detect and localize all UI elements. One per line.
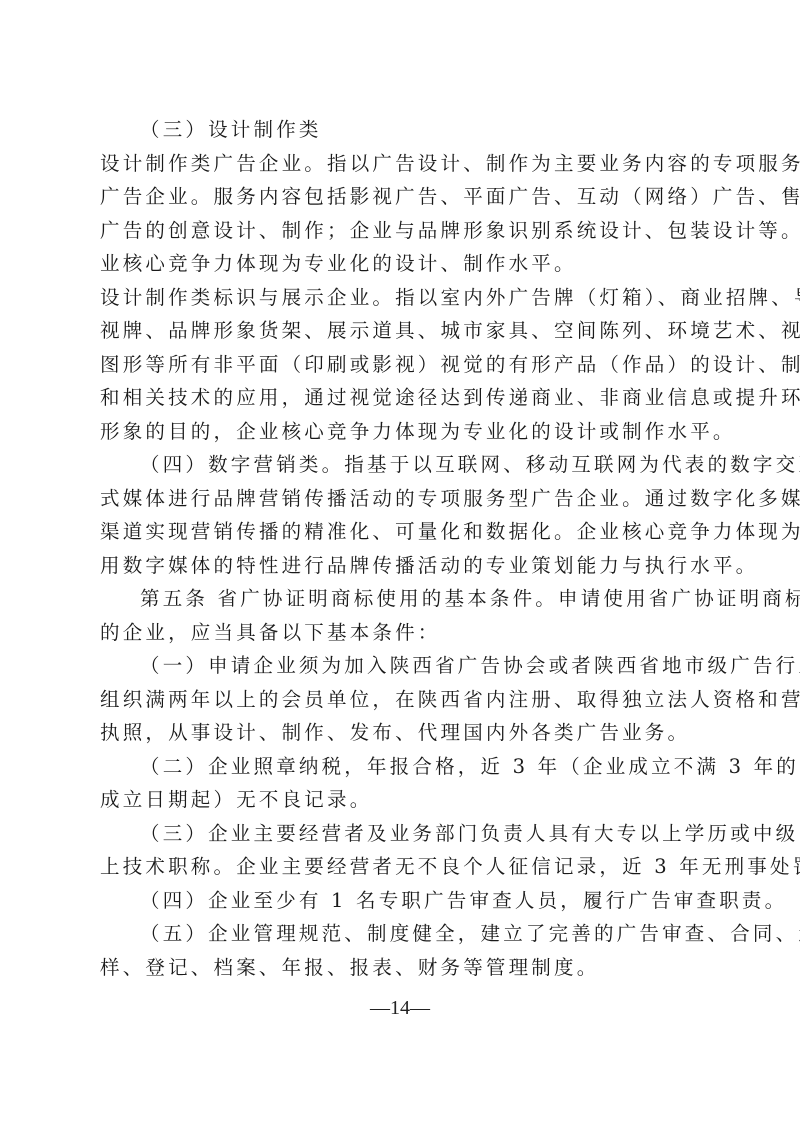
paragraph-line: 成立日期起）无不良记录。 xyxy=(100,783,700,817)
condition-item-3: （三）企业主要经营者及业务部门负责人具有大专以上学历或中级以 xyxy=(100,817,700,851)
paragraph-line: 形象的目的，企业核心竞争力体现为专业化的设计或制作水平。 xyxy=(100,415,700,449)
paragraph-line: 视牌、品牌形象货架、展示道具、城市家具、空间陈列、环境艺术、视觉 xyxy=(100,314,700,348)
condition-item-5: （五）企业管理规范、制度健全，建立了完善的广告审查、合同、送 xyxy=(100,917,700,951)
page-number: —14— xyxy=(0,997,800,1020)
section-heading-design: （三）设计制作类 xyxy=(100,113,700,147)
paragraph-line: 广告企业。服务内容包括影视广告、平面广告、互动（网络）广告、售点 xyxy=(100,180,700,214)
paragraph-line: 式媒体进行品牌营销传播活动的专项服务型广告企业。通过数字化多媒体 xyxy=(100,482,700,516)
paragraph-line: 设计制作类标识与展示企业。指以室内外广告牌（灯箱）、商业招牌、导 xyxy=(100,281,700,315)
paragraph-line: 执照，从事设计、制作、发布、代理国内外各类广告业务。 xyxy=(100,716,700,750)
article-five-heading: 第五条 省广协证明商标使用的基本条件。申请使用省广协证明商标 xyxy=(100,582,700,616)
condition-item-4: （四）企业至少有 1 名专职广告审查人员，履行广告审查职责。 xyxy=(100,884,700,918)
paragraph-line: 和相关技术的应用，通过视觉途径达到传递商业、非商业信息或提升环境 xyxy=(100,381,700,415)
paragraph-line: 业核心竞争力体现为专业化的设计、制作水平。 xyxy=(100,247,700,281)
document-body: （三）设计制作类 设计制作类广告企业。指以广告设计、制作为主要业务内容的专项服务… xyxy=(100,113,700,984)
paragraph-line: 样、登记、档案、年报、报表、财务等管理制度。 xyxy=(100,951,700,985)
condition-item-2: （二）企业照章纳税，年报合格，近 3 年（企业成立不满 3 年的自 xyxy=(100,750,700,784)
paragraph-line: 广告的创意设计、制作；企业与品牌形象识别系统设计、包装设计等。企 xyxy=(100,214,700,248)
paragraph-line: 渠道实现营销传播的精准化、可量化和数据化。企业核心竞争力体现为利 xyxy=(100,515,700,549)
paragraph-line: 的企业，应当具备以下基本条件： xyxy=(100,616,700,650)
paragraph-line: 上技术职称。企业主要经营者无不良个人征信记录，近 3 年无刑事处罚。 xyxy=(100,850,700,884)
paragraph-line: 图形等所有非平面（印刷或影视）视觉的有形产品（作品）的设计、制作 xyxy=(100,348,700,382)
condition-item-1: （一）申请企业须为加入陕西省广告协会或者陕西省地市级广告行业 xyxy=(100,649,700,683)
section-heading-digital-marketing: （四）数字营销类。指基于以互联网、移动互联网为代表的数字交互 xyxy=(100,448,700,482)
paragraph-line: 用数字媒体的特性进行品牌传播活动的专业策划能力与执行水平。 xyxy=(100,549,700,583)
paragraph-line: 组织满两年以上的会员单位，在陕西省内注册、取得独立法人资格和营业 xyxy=(100,683,700,717)
paragraph-line: 设计制作类广告企业。指以广告设计、制作为主要业务内容的专项服务型 xyxy=(100,147,700,181)
